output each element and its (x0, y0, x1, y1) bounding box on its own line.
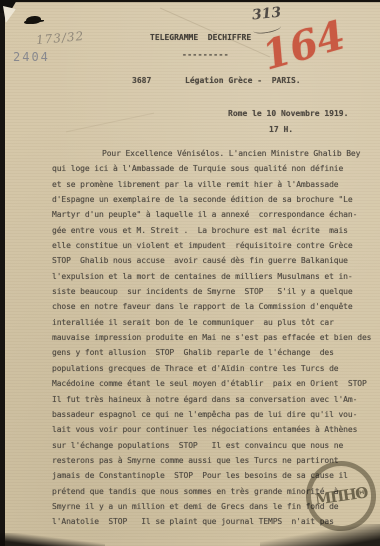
body-line: Martyr d'un peuple" à laquelle il a anne… (52, 207, 374, 222)
body-line: l'expulsion et la mort de centaines de m… (52, 269, 374, 284)
body-line: d'Espagne un exemplaire de la seconde éd… (52, 192, 374, 207)
document-title: TELEGRAMME DECHIFFRE (150, 33, 251, 42)
recipient-line: Légation Grèce - PARIS. (185, 76, 301, 85)
archive-stamp-letters: ΜΠΗΘ (314, 483, 368, 508)
body-line: lait vous voir pour continuer les négoci… (52, 422, 374, 437)
scan-corner-bottom-left (0, 533, 105, 546)
time-of-dispatch: 17 H. (269, 125, 293, 134)
dateline: Rome le 10 Novembre 1919. (228, 109, 348, 118)
scanned-telegram-page: 173/32 2404 313 164 TELEGRAMME DECHIFFRE… (0, 0, 380, 546)
body-line: siste beaucoup sur incidents de Smyrne S… (52, 284, 374, 299)
body-line: gée entre vous et M. Streit . La brochur… (52, 223, 374, 238)
body-line: et se promène librement par la ville rem… (52, 177, 374, 192)
body-line: mauvaise impression produite en Mai ne s… (52, 330, 374, 345)
body-line: sur l'échange populations STOP Il est co… (52, 438, 374, 453)
paper-crease (66, 113, 154, 133)
body-line: gens y font allusion STOP Ghalib reparle… (52, 345, 374, 360)
body-line: STOP Ghalib nous accuse avoir causé dès … (52, 253, 374, 268)
registry-stamp-number: 2404 (13, 50, 50, 64)
body-line: populations grecques de Thrace et d'Aïdi… (52, 361, 374, 376)
body-line: qui loge ici à l'Ambassade de Turquie so… (52, 161, 374, 176)
scan-corner-bottom-right (260, 524, 380, 546)
body-line: Il fut très haineux à notre égard dans s… (52, 392, 374, 407)
body-line: elle constitue un violent et impudent ré… (52, 238, 374, 253)
body-line: bassadeur espagnol ce qui ne l'empêcha p… (52, 407, 374, 422)
body-line: chose en notre faveur dans le rapport de… (52, 299, 374, 314)
body-line: Macédoine comme étant le seul moyen d'ét… (52, 376, 374, 391)
pencil-page-number: 313 (251, 5, 282, 24)
separator-dashes: --------- (182, 50, 229, 59)
scan-edge-top (0, 0, 380, 3)
body-line: interalliée il serait bon de le communiq… (52, 315, 374, 330)
body-line: Pour Excellence Vénisélos. L'ancien Mini… (52, 146, 374, 161)
telegram-number: 3687 (132, 76, 151, 85)
